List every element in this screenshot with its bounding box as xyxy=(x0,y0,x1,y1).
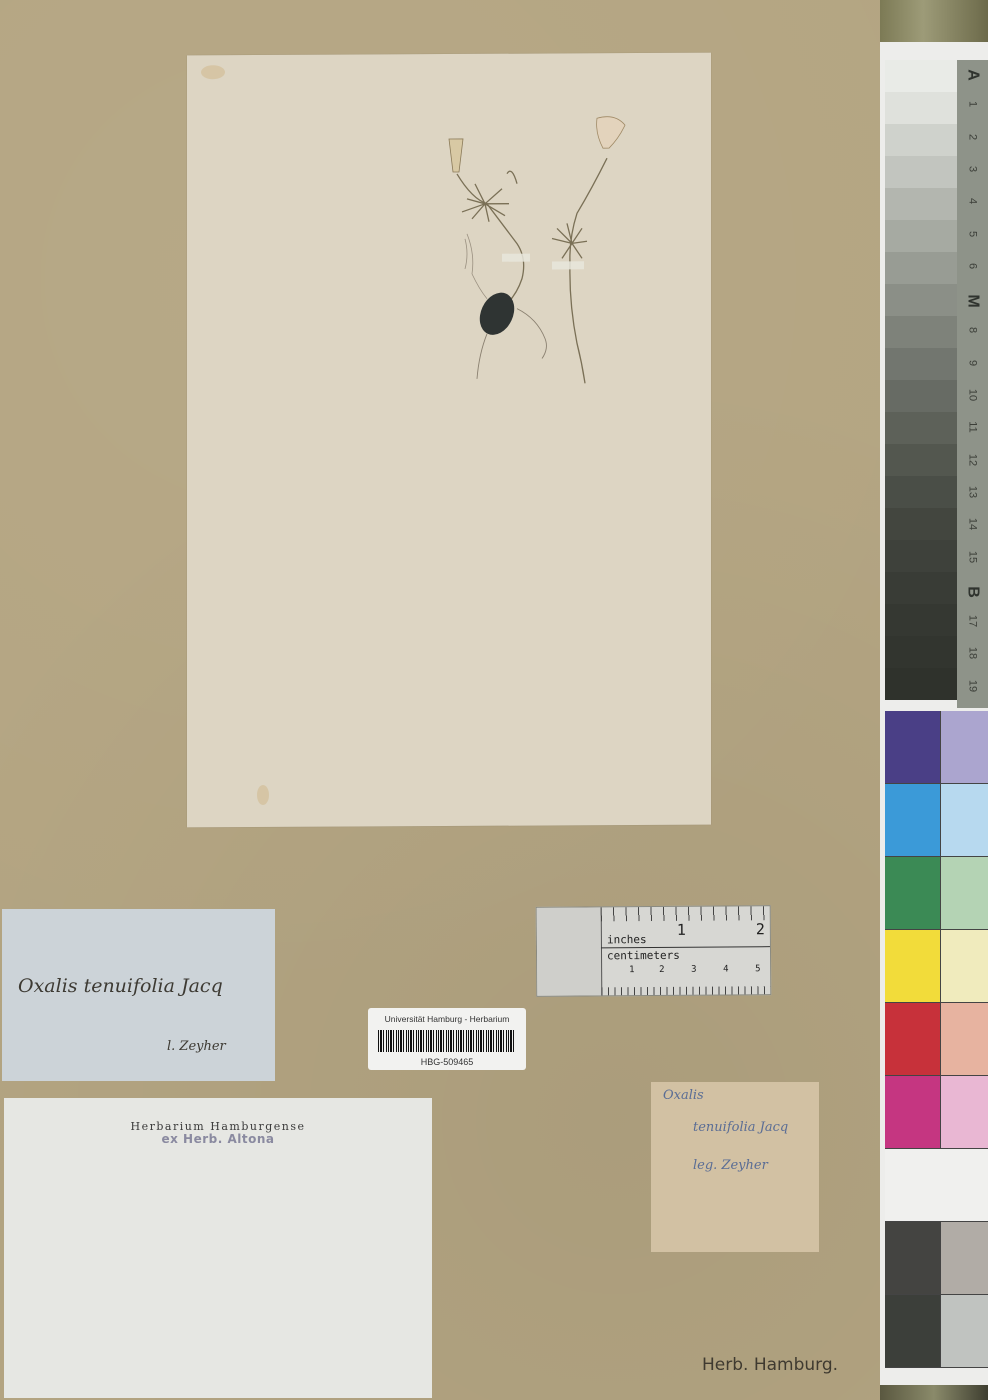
grey-patch xyxy=(885,348,957,380)
color-calibration-chart: A123456M89101112131415B171819 xyxy=(880,42,988,1385)
grey-scale-patches xyxy=(885,60,957,700)
ruler-divider xyxy=(601,946,770,948)
scale-label: M xyxy=(964,286,982,317)
color-patch-row xyxy=(885,1222,988,1295)
grey-patch xyxy=(885,220,957,252)
background-strip-bottom xyxy=(880,1385,988,1400)
grey-patch xyxy=(885,92,957,124)
grey-patch xyxy=(885,252,957,284)
barcode-label: Universität Hamburg - Herbarium HBG-5094… xyxy=(368,1008,526,1070)
paper-stain xyxy=(201,65,225,79)
scale-label: 5 xyxy=(967,218,979,249)
color-patch-dark xyxy=(885,1076,941,1148)
inch-ticks xyxy=(601,906,770,921)
provenance-stamp: ex Herb. Altona xyxy=(4,1132,432,1146)
annotation-slip: Oxalis tenuifolia Jacq leg. Zeyher xyxy=(651,1082,819,1252)
grey-patch xyxy=(885,604,957,636)
pressed-plant-specimen xyxy=(427,103,657,404)
color-patch-row xyxy=(885,857,988,930)
scale-label: 14 xyxy=(967,509,979,540)
grey-patch xyxy=(885,124,957,156)
scale-label: A xyxy=(964,60,982,91)
color-patch-row xyxy=(885,1295,988,1368)
annotation-species: tenuifolia Jacq xyxy=(693,1120,788,1135)
collector-name: l. Zeyher xyxy=(167,1039,226,1054)
herbarium-stamp: Herb. Hamburg. xyxy=(702,1355,838,1375)
grey-patch xyxy=(885,316,957,348)
institution-label: Herbarium Hamburgense ex Herb. Altona xyxy=(4,1098,432,1398)
color-patch-dark xyxy=(885,711,941,783)
cm-mark-5: 5 xyxy=(755,964,760,974)
color-patch-row xyxy=(885,784,988,857)
background-strip-top xyxy=(880,0,988,42)
color-patch-light xyxy=(940,1149,988,1221)
paper-stain xyxy=(257,785,269,805)
scale-label: 3 xyxy=(967,153,979,184)
inch-mark-1: 1 xyxy=(677,921,686,939)
color-patch-dark xyxy=(885,930,941,1002)
scale-label: 6 xyxy=(967,250,979,281)
scale-label: 19 xyxy=(967,670,979,701)
ruler-scale: inches 1 2 centimeters 1 2 3 4 5 xyxy=(601,906,771,995)
color-patch-dark xyxy=(885,1003,941,1075)
barcode-institution: Universität Hamburg - Herbarium xyxy=(368,1014,526,1024)
scale-label: 12 xyxy=(967,444,979,475)
color-patch-dark xyxy=(885,1295,941,1367)
grey-patch xyxy=(885,540,957,572)
scale-label: 9 xyxy=(967,347,979,378)
grey-patch xyxy=(885,668,957,700)
scale-label: B xyxy=(964,576,982,607)
scale-label: 4 xyxy=(967,186,979,217)
scale-label: 8 xyxy=(967,315,979,346)
barcode xyxy=(378,1030,516,1052)
scale-label: 11 xyxy=(967,412,979,443)
scale-label: 13 xyxy=(967,476,979,507)
taxon-name: Oxalis tenuifolia Jacq xyxy=(18,975,223,997)
scale-ruler: inches 1 2 centimeters 1 2 3 4 5 xyxy=(536,905,772,997)
grey-patch xyxy=(885,476,957,508)
color-patch-light xyxy=(941,1222,988,1294)
grey-patch xyxy=(885,188,957,220)
color-patch-light xyxy=(941,1003,988,1075)
cm-ticks xyxy=(601,986,770,995)
grey-patch xyxy=(885,636,957,668)
barcode-id: HBG-509465 xyxy=(368,1057,526,1067)
color-patch-light xyxy=(941,857,988,929)
inch-mark-2: 2 xyxy=(756,920,765,938)
color-patch-grid xyxy=(885,711,988,1368)
cm-mark-1: 1 xyxy=(629,965,634,975)
color-patch-light xyxy=(941,1076,988,1148)
color-patch-light xyxy=(941,711,988,783)
grey-patch xyxy=(885,572,957,604)
scale-label: 15 xyxy=(967,541,979,572)
grey-patch xyxy=(885,380,957,412)
scale-label: 2 xyxy=(967,121,979,152)
inches-label: inches xyxy=(607,933,647,946)
grey-patch xyxy=(885,60,957,92)
color-patch-row xyxy=(885,1149,988,1222)
scale-label: 10 xyxy=(967,380,979,411)
color-patch-dark xyxy=(885,1222,941,1294)
scale-label: 18 xyxy=(967,638,979,669)
color-patch-row xyxy=(885,1076,988,1149)
grey-patch xyxy=(885,284,957,316)
annotation-collector: leg. Zeyher xyxy=(693,1158,768,1173)
color-patch-light xyxy=(941,784,988,856)
annotation-genus: Oxalis xyxy=(663,1088,704,1103)
color-patch-row xyxy=(885,930,988,1003)
determination-label: Oxalis tenuifolia Jacq l. Zeyher xyxy=(2,909,275,1081)
color-patch-row xyxy=(885,1003,988,1076)
color-patch-dark xyxy=(885,857,941,929)
scale-label: 17 xyxy=(967,606,979,637)
color-patch-dark xyxy=(885,784,941,856)
specimen-sheet xyxy=(187,53,711,828)
grey-patch xyxy=(885,156,957,188)
grey-patch xyxy=(885,412,957,444)
scale-label: 1 xyxy=(967,89,979,120)
centimeters-label: centimeters xyxy=(607,949,680,963)
color-patch-dark xyxy=(885,1149,940,1221)
color-patch-light xyxy=(941,1295,988,1367)
cm-mark-4: 4 xyxy=(723,964,728,974)
grey-scale-labels: A123456M89101112131415B171819 xyxy=(957,60,988,708)
ruler-blank-section xyxy=(537,907,603,995)
grey-patch xyxy=(885,444,957,476)
cm-mark-2: 2 xyxy=(659,965,664,975)
grey-patch xyxy=(885,508,957,540)
color-patch-light xyxy=(941,930,988,1002)
color-patch-row xyxy=(885,711,988,784)
cm-mark-3: 3 xyxy=(691,965,696,975)
